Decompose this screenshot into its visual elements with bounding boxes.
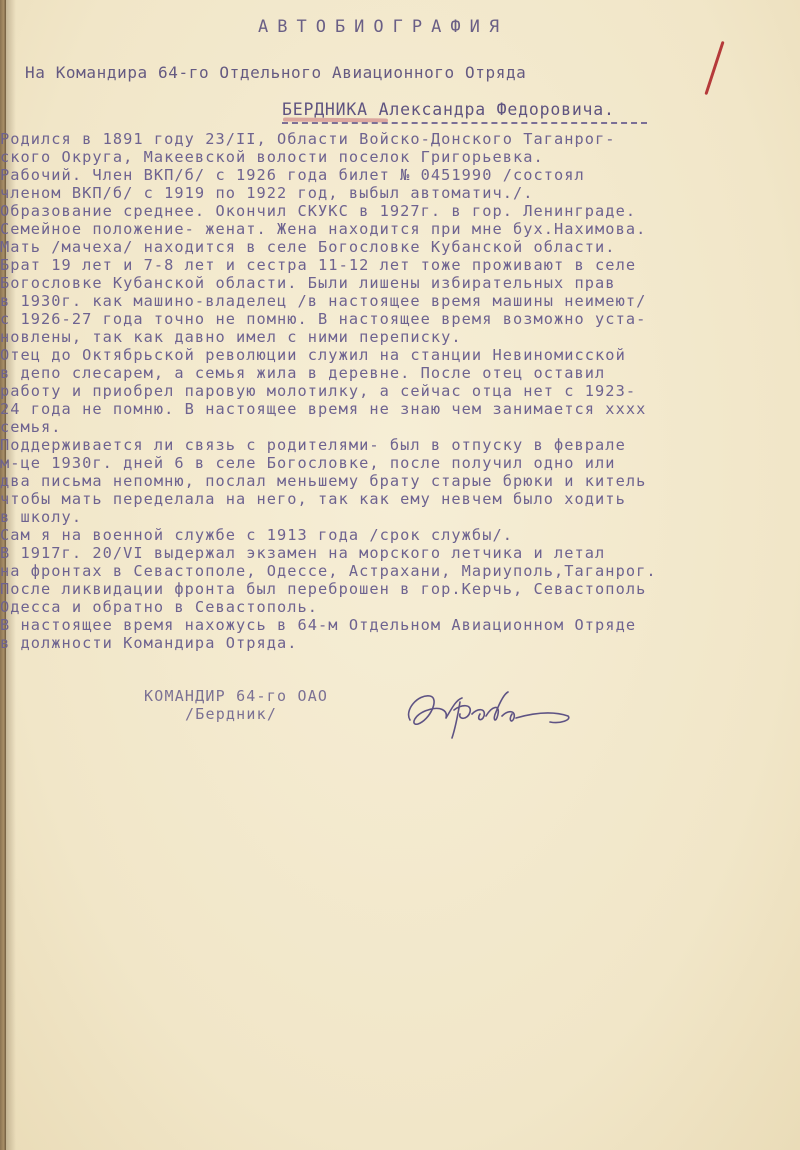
body-line: Брат 19 лет и 7-8 лет и сестра 11-12 лет… bbox=[0, 256, 636, 274]
body-line: После ликвидации фронта был переброшен в… bbox=[0, 580, 646, 598]
document-title: АВТОБИОГРАФИЯ bbox=[258, 17, 508, 37]
body-line: работу и приобрел паровую молотилку, а с… bbox=[0, 382, 636, 400]
body-line: с 1926-27 года точно не помню. В настоящ… bbox=[0, 310, 646, 328]
body-line: Богословке Кубанской области. Были лишен… bbox=[0, 274, 616, 292]
body-line: новлены, так как давно имел с ними переп… bbox=[0, 328, 462, 346]
body-line: семья. bbox=[0, 418, 62, 436]
body-line: Рабочий. Член ВКП/б/ с 1926 года билет №… bbox=[0, 166, 585, 184]
document-subtitle: На Командира 64-го Отдельного Авиационно… bbox=[25, 63, 526, 82]
body-line: в депо слесарем, а семья жила в деревне.… bbox=[0, 364, 605, 382]
body-line: Мать /мачеха/ находится в селе Богословк… bbox=[0, 238, 616, 256]
body-line: В настоящее время нахожусь в 64-м Отдель… bbox=[0, 616, 636, 634]
signature-name: /Бердник/ bbox=[185, 705, 277, 723]
body-line: Поддерживается ли связь с родителями- бы… bbox=[0, 436, 626, 454]
body-line: Образование среднее. Окончил СКУКС в 192… bbox=[0, 202, 636, 220]
person-name: БЕРДНИКА Александра Федоровича. bbox=[282, 100, 615, 119]
body-line: 24 года не помню. В настоящее время не з… bbox=[0, 400, 646, 418]
body-line: на фронтах в Севастополе, Одессе, Астрах… bbox=[0, 562, 657, 580]
body-line: м-це 1930г. дней 6 в селе Богословке, по… bbox=[0, 454, 616, 472]
body-line: Одесса и обратно в Севастополь. bbox=[0, 598, 318, 616]
body-line: в должности Командира Отряда. bbox=[0, 634, 298, 652]
body-line: в 1930г. как машино-владелец /в настояще… bbox=[0, 292, 646, 310]
body-line: Отец до Октябрьской революции служил на … bbox=[0, 346, 626, 364]
body-line: членом ВКП/б/ с 1919 по 1922 год, выбыл … bbox=[0, 184, 534, 202]
signature-title: КОМАНДИР 64-го ОАО bbox=[144, 687, 328, 705]
body-line: чтобы мать переделала на него, так как е… bbox=[0, 490, 626, 508]
handwritten-signature bbox=[400, 680, 580, 750]
body-line: Семейное положение- женат. Жена находитс… bbox=[0, 220, 646, 238]
body-line: В 1917г. 20/VI выдержал экзамен на морск… bbox=[0, 544, 605, 562]
body-line: Родился в 1891 году 23/II, Области Войск… bbox=[0, 130, 616, 148]
dashed-rule bbox=[282, 122, 647, 124]
body-line: два письма непомню, послал меньшему брат… bbox=[0, 472, 646, 490]
body-line: в школу. bbox=[0, 508, 82, 526]
body-line: Сам я на военной службе с 1913 года /сро… bbox=[0, 526, 513, 544]
body-line: ского Округа, Макеевской волости поселок… bbox=[0, 148, 544, 166]
